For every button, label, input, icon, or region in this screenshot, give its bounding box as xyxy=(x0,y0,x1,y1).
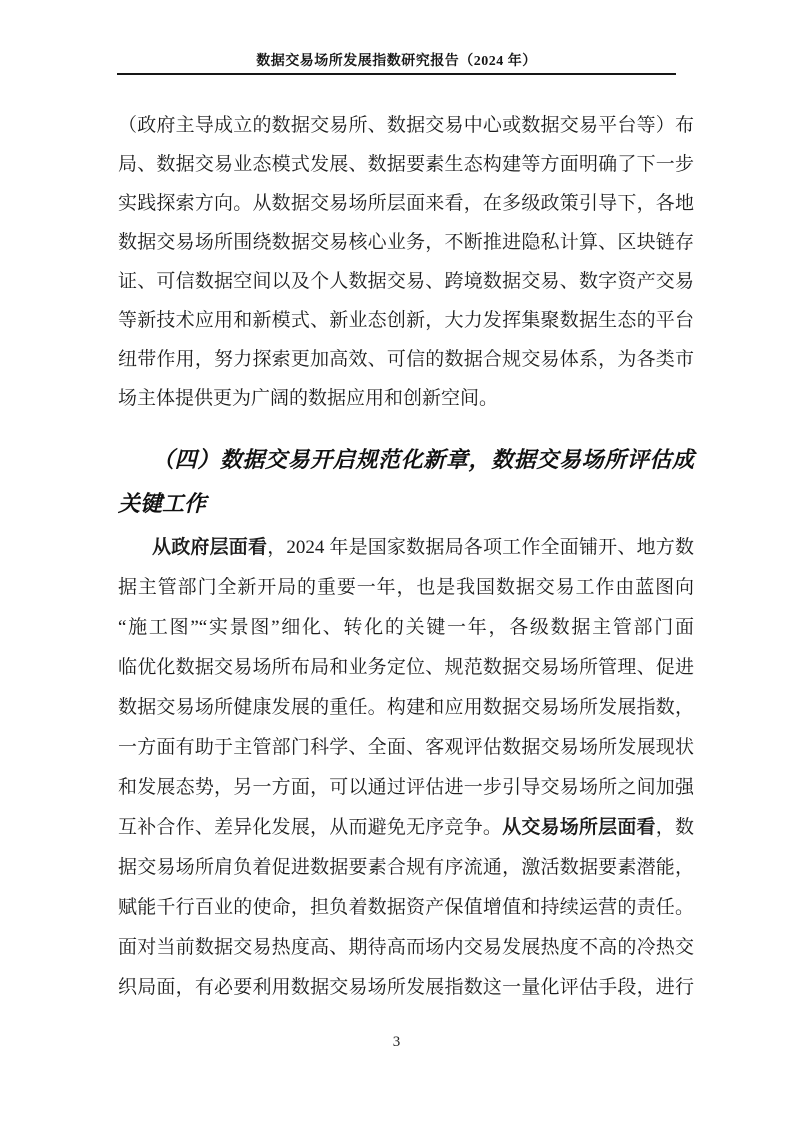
text-line: 实践探索方向。从数据交易场所层面来看，在多级政策引导下，各地 xyxy=(118,184,694,223)
text-line: 临优化数据交易场所布局和业务定位、规范数据交易场所管理、促进 xyxy=(118,648,694,688)
text-line: 局、数据交易业态模式发展、数据要素生态构建等方面明确了下一步 xyxy=(118,145,694,184)
text-segment: 实践探索方向。从数据交易场所层面来看，在多级政策引导下，各地 xyxy=(118,193,694,214)
page-header-title: 数据交易场所发展指数研究报告（2024 年） xyxy=(0,50,793,70)
text-line: （政府主导成立的数据交易所、数据交易中心或数据交易平台等）布 xyxy=(118,106,694,145)
bold-emphasis-text: 从交易场所层面看 xyxy=(502,817,656,838)
text-segment: 纽带作用，努力探索更加高效、可信的数据合规交易体系，为各类市 xyxy=(118,349,694,370)
heading-line: （四）数据交易开启规范化新章，数据交易场所评估成 xyxy=(118,438,694,482)
text-line: 赋能千行百业的使命，担负着数据资产保值增值和持续运营的责任。 xyxy=(118,888,694,928)
text-line: 数据交易场所围绕数据交易核心业务，不断推进隐私计算、区块链存 xyxy=(118,223,694,262)
text-line: 数据交易场所健康发展的重任。构建和应用数据交易场所发展指数， xyxy=(118,688,694,728)
text-segment: 关键工作 xyxy=(118,491,206,516)
text-line: 据主管部门全新开局的重要一年，也是我国数据交易工作由蓝图向 xyxy=(118,568,694,608)
text-line: 场主体提供更为广阔的数据应用和创新空间。 xyxy=(118,379,694,418)
report-page: 数据交易场所发展指数研究报告（2024 年） （政府主导成立的数据交易所、数据交… xyxy=(0,0,793,1122)
text-line: 证、可信数据空间以及个人数据交易、跨境数据交易、数字资产交易 xyxy=(118,262,694,301)
text-segment: 面对当前数据交易热度高、期待高而场内交易发展热度不高的冷热交 xyxy=(118,937,694,958)
text-segment: ，数 xyxy=(656,817,694,838)
text-line: “施工图”“实景图”细化、转化的关键一年，各级数据主管部门面 xyxy=(118,608,694,648)
text-segment: 据交易场所肩负着促进数据要素合规有序流通，激活数据要素潜能， xyxy=(118,857,694,878)
text-line: 据交易场所肩负着促进数据要素合规有序流通，激活数据要素潜能， xyxy=(118,848,694,888)
text-line: 纽带作用，努力探索更加高效、可信的数据合规交易体系，为各类市 xyxy=(118,340,694,379)
text-segment: （政府主导成立的数据交易所、数据交易中心或数据交易平台等）布 xyxy=(118,115,694,136)
text-segment: “施工图”“实景图”细化、转化的关键一年，各级数据主管部门面 xyxy=(118,617,694,638)
text-line: 面对当前数据交易热度高、期待高而场内交易发展热度不高的冷热交 xyxy=(118,928,694,968)
text-segment: 局、数据交易业态模式发展、数据要素生态构建等方面明确了下一步 xyxy=(118,154,694,175)
text-segment: 数据交易场所健康发展的重任。构建和应用数据交易场所发展指数， xyxy=(118,697,694,718)
text-line: 从政府层面看，2024 年是国家数据局各项工作全面铺开、地方数 xyxy=(118,528,694,568)
header-rule xyxy=(117,73,676,75)
bold-emphasis-text: 从政府层面看 xyxy=(152,537,267,558)
page-number: 3 xyxy=(0,1034,793,1051)
text-line: 一方面有助于主管部门科学、全面、客观评估数据交易场所发展现状 xyxy=(118,728,694,768)
text-segment: （四）数据交易开启规范化新章，数据交易场所评估成 xyxy=(152,447,694,472)
text-segment: 据主管部门全新开局的重要一年，也是我国数据交易工作由蓝图向 xyxy=(118,577,694,598)
text-segment: 赋能千行百业的使命，担负着数据资产保值增值和持续运营的责任。 xyxy=(118,897,694,918)
document-body: （政府主导成立的数据交易所、数据交易中心或数据交易平台等）布局、数据交易业态模式… xyxy=(118,106,694,1008)
text-segment: 互补合作、差异化发展，从而避免无序竞争。 xyxy=(118,817,502,838)
text-segment: 织局面，有必要利用数据交易场所发展指数这一量化评估手段，进行 xyxy=(118,977,694,998)
text-segment: 和发展态势，另一方面，可以通过评估进一步引导交易场所之间加强 xyxy=(118,777,694,798)
heading-line: 关键工作 xyxy=(118,482,694,526)
text-line: 织局面，有必要利用数据交易场所发展指数这一量化评估手段，进行 xyxy=(118,968,694,1008)
text-segment: 临优化数据交易场所布局和业务定位、规范数据交易场所管理、促进 xyxy=(118,657,694,678)
text-segment: 数据交易场所围绕数据交易核心业务，不断推进隐私计算、区块链存 xyxy=(118,232,694,253)
text-segment: 一方面有助于主管部门科学、全面、客观评估数据交易场所发展现状 xyxy=(118,737,694,758)
text-segment: ，2024 年是国家数据局各项工作全面铺开、地方数 xyxy=(267,537,694,558)
text-line: 互补合作、差异化发展，从而避免无序竞争。从交易场所层面看，数 xyxy=(118,808,694,848)
text-segment: 等新技术应用和新模式、新业态创新，大力发挥集聚数据生态的平台 xyxy=(118,310,694,331)
text-segment: 证、可信数据空间以及个人数据交易、跨境数据交易、数字资产交易 xyxy=(118,271,694,292)
text-segment: 场主体提供更为广阔的数据应用和创新空间。 xyxy=(118,388,498,409)
text-line: 等新技术应用和新模式、新业态创新，大力发挥集聚数据生态的平台 xyxy=(118,301,694,340)
text-line: 和发展态势，另一方面，可以通过评估进一步引导交易场所之间加强 xyxy=(118,768,694,808)
